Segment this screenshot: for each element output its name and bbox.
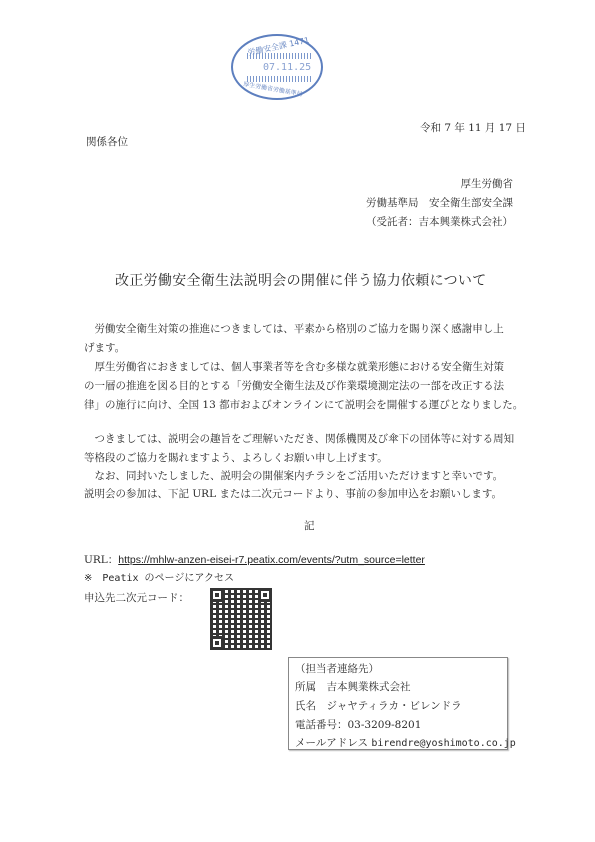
body-line: 等格段のご協力を賜れますよう、よろしくお願い申し上げます。: [84, 451, 388, 465]
document-date: 令和 7 年 11 月 17 日: [420, 121, 526, 135]
body-line: 説明会の参加は、下記 URL または二次元コードより、事前の参加申込をお願いしま…: [84, 487, 502, 501]
contact-email-label: メールアドレス: [295, 737, 368, 749]
qr-label: 申込先二次元コード：: [84, 591, 189, 605]
url-row: URL：https://mhlw-anzen-eisei-r7.peatix.c…: [84, 553, 425, 567]
body-line: 厚生労働省におきましては、個人事業者等を含む多様な就業形態における安全衛生対策: [84, 360, 504, 374]
qr-finder-icon: [210, 588, 224, 602]
registration-url-link[interactable]: https://mhlw-anzen-eisei-r7.peatix.com/e…: [118, 554, 425, 566]
body-line: なお、同封いたしました、説明会の開催案内チラシをご活用いただけますと幸いです。: [84, 469, 503, 483]
contact-name: 氏名 ジャヤティラカ・ビレンドラ: [295, 698, 462, 713]
peatix-note: ※ Peatix のページにアクセス: [84, 572, 234, 586]
contact-email[interactable]: birendre@yoshimoto.co.jp: [371, 738, 516, 749]
contact-affiliation: 所属 吉本興業株式会社: [295, 679, 411, 694]
document-title: 改正労働安全衛生法説明会の開催に伴う協力依頼について: [115, 270, 487, 290]
qr-finder-icon: [210, 636, 224, 650]
addressee: 関係各位: [86, 135, 128, 149]
receipt-stamp: 労働安全課 1471 07.11.25 厚生労働省労働基準局: [231, 34, 323, 100]
contact-phone: 電話番号：03-3209-8201: [295, 717, 421, 732]
qr-code[interactable]: [210, 588, 272, 650]
note-heading: 記: [304, 519, 315, 533]
sender-contractor: （受託者：吉本興業株式会社）: [366, 215, 513, 229]
sender-ministry: 厚生労働省: [461, 177, 514, 191]
body-line: の一層の推進を図る目的とする「労働安全衛生法及び作業環境測定法の一部を改正する法: [84, 379, 504, 393]
qr-finder-icon: [258, 588, 272, 602]
body-line: げます。: [84, 341, 125, 355]
stamp-bars-top: [247, 53, 311, 59]
contact-email-row: メールアドレス birendre@yoshimoto.co.jp: [295, 735, 516, 750]
url-label: URL：: [84, 554, 118, 566]
body-line: つきましては、説明会の趣旨をご理解いただき、関係機関及び傘下の団体等に対する周知: [84, 432, 514, 446]
body-line: 労働安全衛生対策の推進につきましては、平素から格別のご協力を賜り深く感謝申し上: [84, 322, 504, 336]
stamp-date: 07.11.25: [263, 62, 311, 73]
contact-box: （担当者連絡先） 所属 吉本興業株式会社 氏名 ジャヤティラカ・ビレンドラ 電話…: [288, 657, 508, 750]
body-line: 律」の施行に向け、全国 13 都市およびオンラインにて説明会を開催する運びとなり…: [84, 398, 523, 412]
contact-heading: （担当者連絡先）: [295, 661, 379, 676]
sender-department: 労働基準局 安全衛生部安全課: [366, 196, 513, 210]
